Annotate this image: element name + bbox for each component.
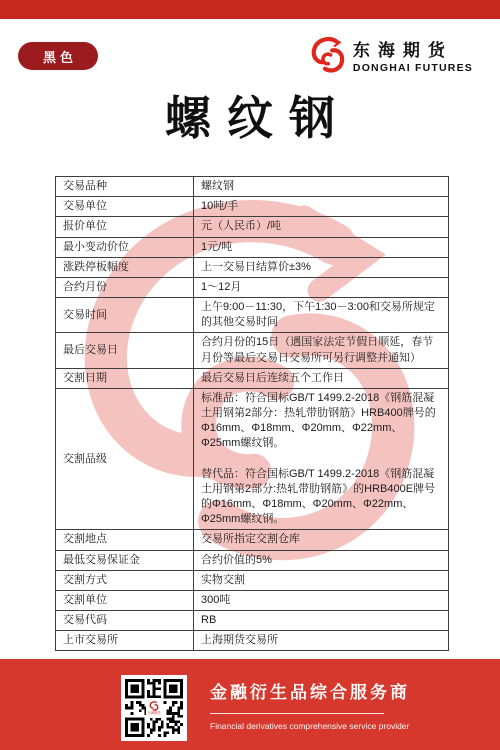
row-label: 最低交易保证金 xyxy=(56,550,194,570)
row-value: 螺纹钢 xyxy=(194,177,449,197)
table-row: 交割单位300吨 xyxy=(56,590,449,610)
table-row: 报价单位元（人民币）/吨 xyxy=(56,217,449,237)
row-value: 1～12月 xyxy=(194,277,449,297)
category-badge: 黑色 xyxy=(18,42,98,70)
brand-wordmark: 东海期货 DONGHAI FUTURES xyxy=(353,36,473,74)
row-value: 上海期货交易所 xyxy=(194,631,449,651)
qr-center-label: 东海期货 xyxy=(148,711,161,714)
footer-slogan: 金融衍生品综合服务商 Financial derivatives compreh… xyxy=(210,678,410,731)
brand-name-cn: 东海期货 xyxy=(353,36,453,61)
row-label: 交割日期 xyxy=(56,368,194,388)
row-value: 交易所指定交割仓库 xyxy=(194,530,449,550)
brand-name-en: DONGHAI FUTURES xyxy=(353,62,473,74)
row-label: 交割单位 xyxy=(56,590,194,610)
footer-divider xyxy=(210,713,384,714)
row-value: 合约月份的15日（遇国家法定节假日顺延，春节月份等最后交易日交易所可另行调整并通… xyxy=(194,333,449,368)
dragon-logo-icon xyxy=(309,36,347,74)
page-title: 螺纹钢 xyxy=(0,82,500,148)
row-value: 1元/吨 xyxy=(194,237,449,257)
row-value: 上一交易日结算价±3% xyxy=(194,257,449,277)
row-label: 上市交易所 xyxy=(56,631,194,651)
row-value: 标准品：符合国标GB/T 1499.2-2018《钢筋混凝土用钢第2部分：热轧带… xyxy=(194,388,449,530)
row-label: 交割方式 xyxy=(56,570,194,590)
brand-logo: 东海期货 DONGHAI FUTURES xyxy=(309,36,473,74)
table-row: 最小变动价位1元/吨 xyxy=(56,237,449,257)
row-label: 交易单位 xyxy=(56,197,194,217)
table-row: 交割日期最后交易日后连续五个工作日 xyxy=(56,368,449,388)
table-row: 上市交易所上海期货交易所 xyxy=(56,631,449,651)
row-label: 交易时间 xyxy=(56,298,194,333)
category-badge-label: 黑色 xyxy=(39,47,77,66)
table-row: 交割品级标准品：符合国标GB/T 1499.2-2018《钢筋混凝土用钢第2部分… xyxy=(56,388,449,530)
row-value: 合约价值的5% xyxy=(194,550,449,570)
table-row: 交易时间上午9:00－11:30，下午1:30－3:00和交易所规定的其他交易时… xyxy=(56,298,449,333)
top-red-bar xyxy=(0,0,500,19)
contract-spec-poster: 黑色 东海期货 DONGHAI FUTURES 螺纹钢 交易品种螺纹钢 交易单 xyxy=(0,0,500,750)
footer-slogan-cn: 金融衍生品综合服务商 xyxy=(210,678,410,703)
row-label: 合约月份 xyxy=(56,277,194,297)
table-row: 最后交易日合约月份的15日（遇国家法定节假日顺延，春节月份等最后交易日交易所可另… xyxy=(56,333,449,368)
row-value: 最后交易日后连续五个工作日 xyxy=(194,368,449,388)
row-label: 交割地点 xyxy=(56,530,194,550)
row-value: 元（人民币）/吨 xyxy=(194,217,449,237)
table-row: 涨跌停板幅度上一交易日结算价±3% xyxy=(56,257,449,277)
table-row: 最低交易保证金合约价值的5% xyxy=(56,550,449,570)
row-label: 最后交易日 xyxy=(56,333,194,368)
footer-banner: 东海期货 金融衍生品综合服务商 Financial derivatives co… xyxy=(0,659,500,750)
qr-center-logo: 东海期货 xyxy=(146,698,162,718)
table-row: 交易代码RB xyxy=(56,611,449,631)
row-value: 实物交割 xyxy=(194,570,449,590)
row-label: 交割品级 xyxy=(56,388,194,530)
table-row: 交割地点交易所指定交割仓库 xyxy=(56,530,449,550)
row-value: 10吨/手 xyxy=(194,197,449,217)
row-label: 涨跌停板幅度 xyxy=(56,257,194,277)
spec-table: 交易品种螺纹钢 交易单位10吨/手 报价单位元（人民币）/吨 最小变动价位1元/… xyxy=(55,176,449,651)
row-value: 上午9:00－11:30，下午1:30－3:00和交易所规定的其他交易时间 xyxy=(194,298,449,333)
row-value: RB xyxy=(194,611,449,631)
row-label: 最小变动价位 xyxy=(56,237,194,257)
table-row: 交割方式实物交割 xyxy=(56,570,449,590)
table-row: 交易单位10吨/手 xyxy=(56,197,449,217)
row-label: 交易品种 xyxy=(56,177,194,197)
row-label: 报价单位 xyxy=(56,217,194,237)
table-row: 合约月份1～12月 xyxy=(56,277,449,297)
row-value: 300吨 xyxy=(194,590,449,610)
qr-code: 东海期货 xyxy=(121,675,187,741)
footer-slogan-en: Financial derivatives comprehensive serv… xyxy=(210,721,410,731)
table-row: 交易品种螺纹钢 xyxy=(56,177,449,197)
row-label: 交易代码 xyxy=(56,611,194,631)
